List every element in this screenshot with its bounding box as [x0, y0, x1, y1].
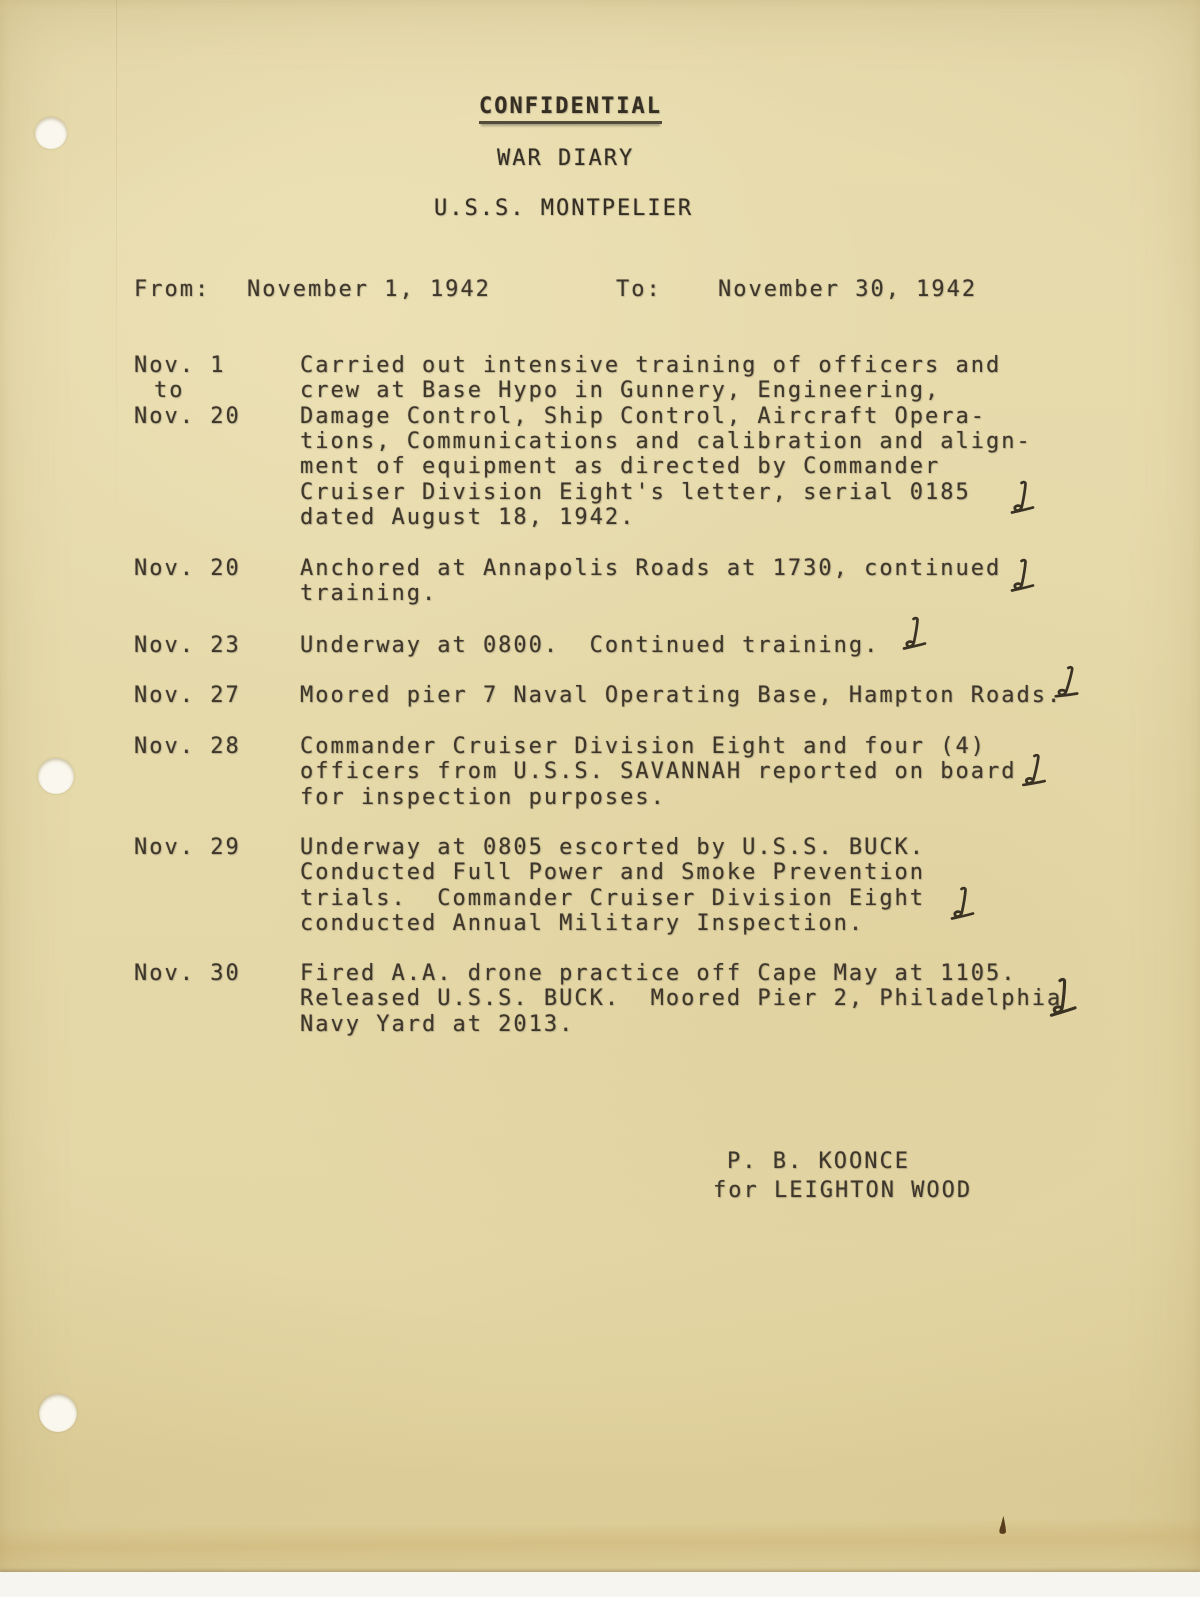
entry-text-line: conducted Annual Military Inspection. — [300, 911, 864, 936]
entry-text-line: Cruiser Division Eight's letter, serial … — [300, 480, 971, 505]
entry-text-line: Commander Cruiser Division Eight and fou… — [300, 734, 986, 759]
entry-text-line: Released U.S.S. BUCK. Moored Pier 2, Phi… — [300, 986, 1062, 1011]
entry-text-line: Navy Yard at 2013. — [300, 1012, 574, 1037]
check-mark-icon — [1008, 480, 1038, 520]
entry-text-line: Underway at 0800. Continued training. — [300, 633, 879, 658]
entry-text-line: tions, Communications and calibration an… — [300, 429, 1032, 454]
signature-for-line: for LEIGHTON WOOD — [713, 1178, 972, 1203]
entry-text-line: Conducted Full Power and Smoke Preventio… — [300, 860, 925, 885]
entry-date: Nov. 20 — [134, 404, 241, 429]
hole-punch-top — [35, 117, 67, 149]
entry-text-line: training. — [300, 581, 437, 606]
entry-date: Nov. 1 — [134, 353, 225, 378]
entry-text-line: trials. Commander Cruiser Division Eight — [300, 886, 925, 911]
entry-text-line: Damage Control, Ship Control, Aircraft O… — [300, 404, 986, 429]
from-label: From: — [134, 277, 210, 302]
entry-text-line: for inspection purposes. — [300, 785, 666, 810]
entry-date: Nov. 28 — [134, 734, 241, 759]
entry-text-line: Moored pier 7 Naval Operating Base, Hamp… — [300, 683, 1062, 708]
entry-date: Nov. 23 — [134, 633, 241, 658]
to-date: November 30, 1942 — [718, 277, 977, 302]
ink-blot — [995, 1514, 1009, 1540]
entry-date: Nov. 29 — [134, 835, 241, 860]
entry-date: Nov. 20 — [134, 556, 241, 581]
entry-text-line: crew at Base Hypo in Gunnery, Engineerin… — [300, 378, 940, 403]
war-diary-document-page: CONFIDENTIAL WAR DIARY U.S.S. MONTPELIER… — [0, 0, 1200, 1597]
hole-punch-bottom — [39, 1394, 77, 1432]
entry-text-line: ment of equipment as directed by Command… — [300, 454, 940, 479]
entry-text-line: dated August 18, 1942. — [300, 505, 635, 530]
paper-crease — [116, 0, 117, 560]
check-mark-icon — [1051, 664, 1085, 707]
check-mark-icon — [1044, 976, 1082, 1024]
paper-stain-streak — [0, 1517, 1200, 1574]
check-mark-icon — [948, 886, 978, 926]
entry-date: Nov. 30 — [134, 961, 241, 986]
check-mark-icon — [1019, 752, 1051, 794]
entry-text-line: Underway at 0805 escorted by U.S.S. BUCK… — [300, 835, 925, 860]
entry-date: to — [154, 378, 185, 403]
classification-label: CONFIDENTIAL — [479, 94, 662, 124]
hole-punch-middle — [38, 758, 74, 794]
to-label: To: — [616, 277, 662, 302]
entry-text-line: Carried out intensive training of office… — [300, 353, 1001, 378]
ship-name: U.S.S. MONTPELIER — [434, 196, 693, 221]
entry-text-line: Fired A.A. drone practice off Cape May a… — [300, 961, 1017, 986]
entry-text-line: Anchored at Annapolis Roads at 1730, con… — [300, 556, 1001, 581]
entry-text-line: officers from U.S.S. SAVANNAH reported o… — [300, 759, 1017, 784]
check-mark-icon — [900, 616, 930, 656]
page-bottom-edge — [0, 1572, 1200, 1597]
check-mark-icon — [1008, 558, 1038, 598]
signature-name: P. B. KOONCE — [727, 1149, 910, 1174]
document-title: WAR DIARY — [497, 146, 634, 171]
from-date: November 1, 1942 — [247, 277, 491, 302]
entry-date: Nov. 27 — [134, 683, 241, 708]
